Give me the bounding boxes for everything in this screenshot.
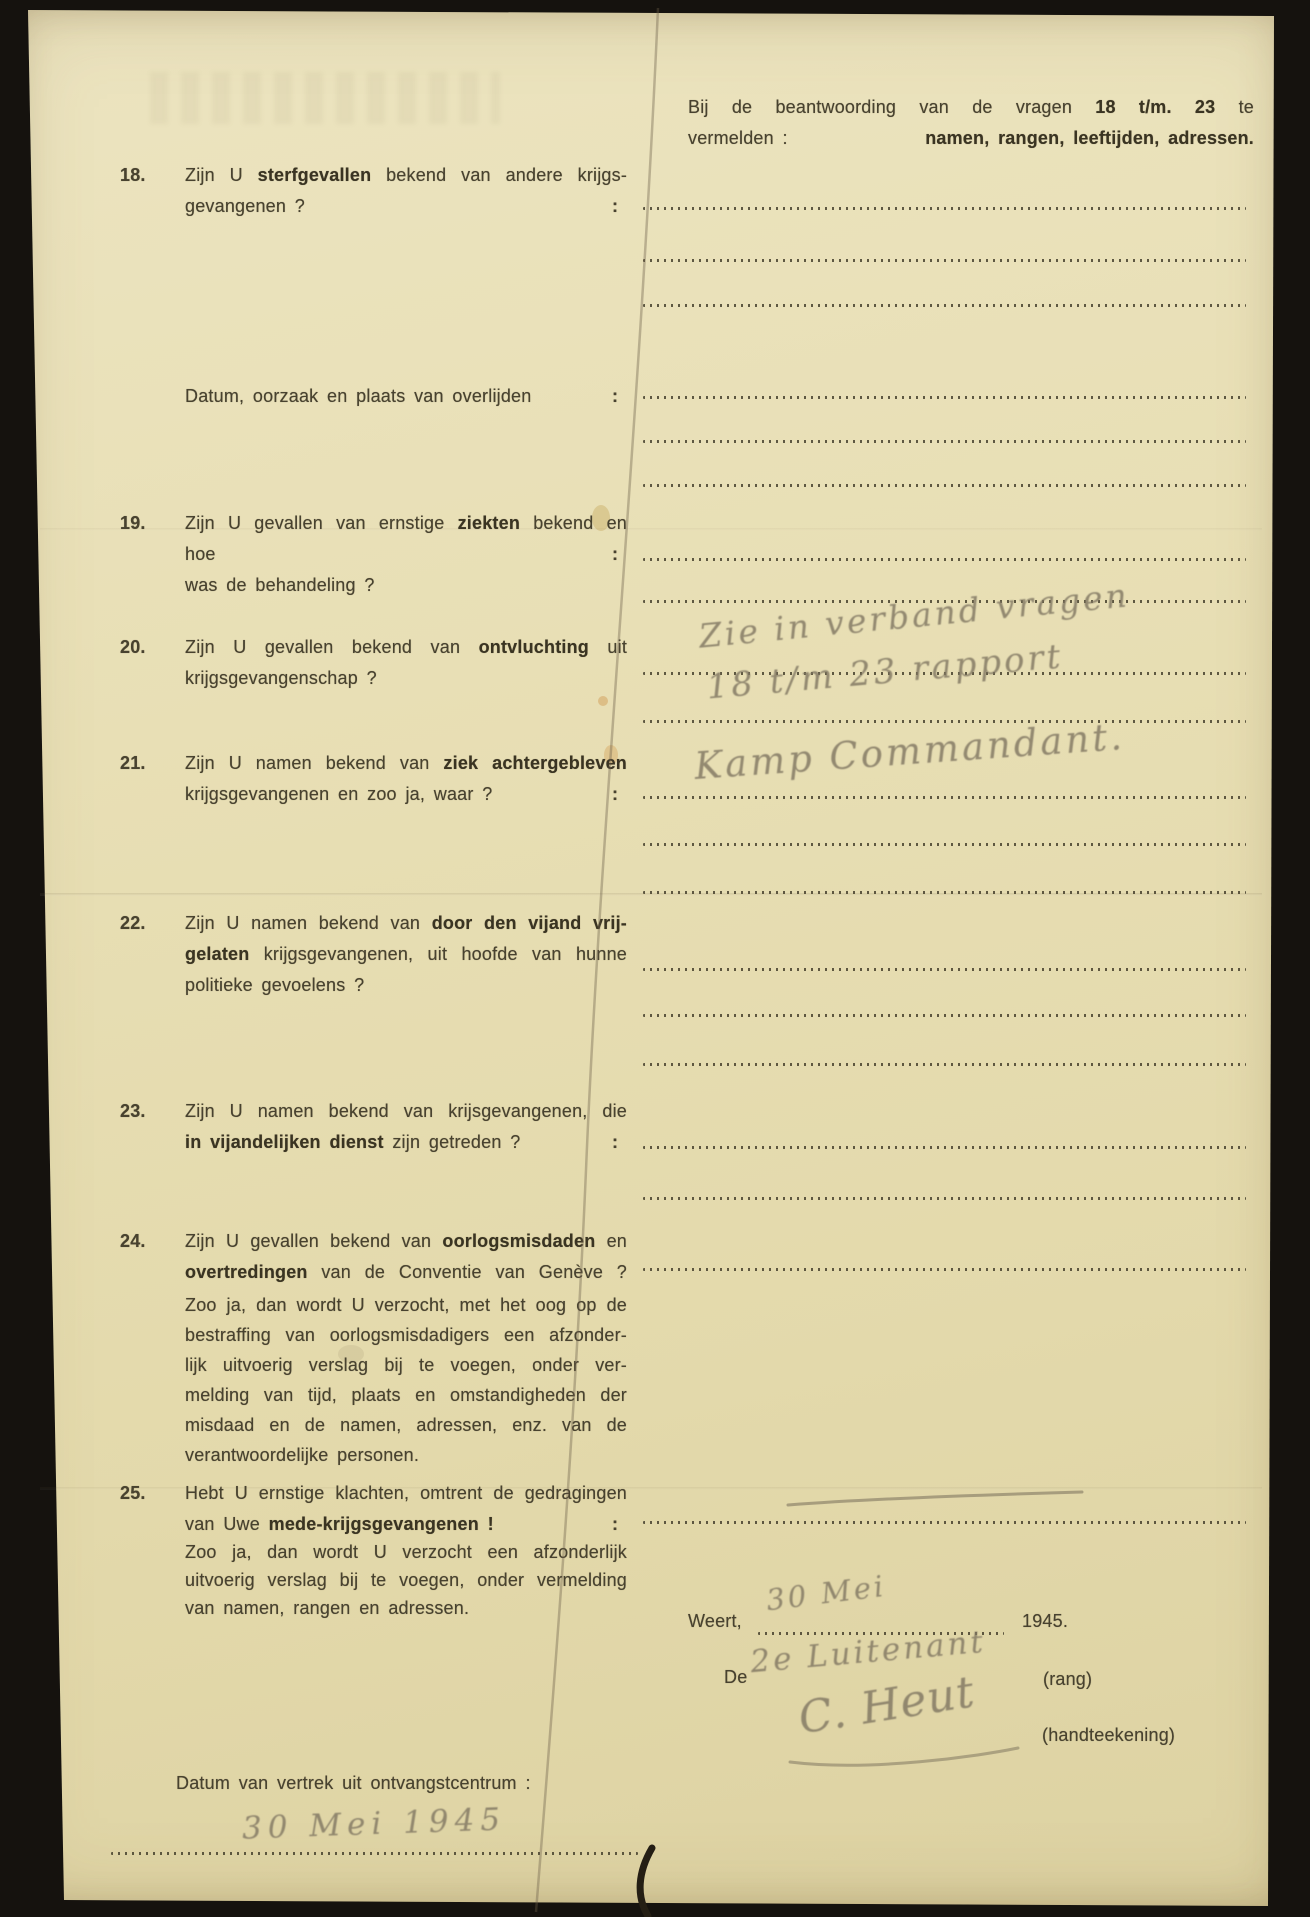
question-20-text: Zijn U gevallen bekend van ontvluchting … bbox=[185, 632, 627, 694]
question-line: overtredingen van de Conventie van Genèv… bbox=[185, 1257, 627, 1288]
question-21-text: Zijn U namen bekend van ziek achtergeble… bbox=[185, 748, 627, 810]
answer-line bbox=[643, 1146, 1246, 1149]
q-text: Zijn U namen bekend van bbox=[185, 753, 430, 773]
departure-dotted-line bbox=[111, 1852, 638, 1855]
answer-line bbox=[643, 1521, 1246, 1524]
q-bold: ziekten bbox=[458, 513, 520, 533]
question-line: Hebt U ernstige klachten, omtrent de ged… bbox=[185, 1478, 627, 1509]
q-text: Zijn U bbox=[185, 165, 243, 185]
question-22-text: Zijn U namen bekend van door den vijand … bbox=[185, 908, 627, 1001]
paragraph-line: van namen, rangen en adressen. bbox=[185, 1594, 627, 1622]
paragraph-line: lijk uitvoerig verslag bij te voegen, on… bbox=[185, 1350, 627, 1380]
question-line: politieke gevoelens ? bbox=[185, 970, 627, 1001]
paper-stain bbox=[598, 696, 608, 706]
answer-line bbox=[643, 1063, 1246, 1066]
question-line: Zijn U sterfgevallen bekend van andere k… bbox=[185, 160, 627, 191]
answer-line bbox=[643, 1197, 1246, 1200]
paragraph-line: misdaad en de namen, adressen, enz. van … bbox=[185, 1410, 627, 1440]
place-label: Weert, bbox=[688, 1606, 742, 1637]
scanned-document-page: Bij de beantwoording van de vragen 18 t/… bbox=[0, 0, 1310, 1917]
answer-line bbox=[643, 1268, 1246, 1271]
signature-label: (handteekening) bbox=[1042, 1720, 1175, 1751]
q-text: Zijn U gevallen van ernstige bbox=[185, 513, 444, 533]
q-bold: oorlogsmisdaden bbox=[442, 1231, 595, 1251]
answer-colon: : bbox=[612, 191, 618, 222]
q-text: zijn getreden ? bbox=[392, 1132, 520, 1152]
question-22-number: 22. bbox=[120, 908, 146, 939]
question-line: krijgsgevangenen en zoo ja, waar ? bbox=[185, 779, 627, 810]
q-text: van de Conventie van Genève ? bbox=[321, 1262, 627, 1282]
paragraph-line: uitvoerig verslag bij te voegen, onder v… bbox=[185, 1566, 627, 1594]
answer-line bbox=[643, 891, 1246, 894]
answer-line bbox=[643, 796, 1246, 799]
q-bold: mede-krijgsgevangenen ! bbox=[269, 1514, 494, 1534]
answer-line bbox=[643, 720, 1246, 723]
question-line: van Uwe mede-krijgsgevangenen ! bbox=[185, 1509, 627, 1540]
instruction-note: Bij de beantwoording van de vragen 18 t/… bbox=[688, 92, 1254, 154]
note-text: te bbox=[1239, 97, 1254, 117]
answer-line bbox=[643, 396, 1246, 399]
question-line: Zijn U namen bekend van door den vijand … bbox=[185, 908, 627, 939]
paragraph-line: Zoo ja, dan wordt U verzocht een afzonde… bbox=[185, 1538, 627, 1566]
question-line: gevangenen ? bbox=[185, 191, 627, 222]
q-text: Zijn U gevallen bekend van bbox=[185, 1231, 431, 1251]
answer-line bbox=[643, 259, 1246, 262]
question-line: was de behandeling ? bbox=[185, 570, 627, 601]
q-text: bekend van andere krijgs- bbox=[386, 165, 627, 185]
q-text: en bbox=[607, 1231, 627, 1251]
q-bold: ziek achtergebleven bbox=[443, 753, 627, 773]
question-21-number: 21. bbox=[120, 748, 146, 779]
question-23-text: Zijn U namen bekend van krijsgevangenen,… bbox=[185, 1096, 627, 1158]
ink-bleedthrough-smudge bbox=[150, 72, 500, 124]
paragraph-line: verantwoordelijke personen. bbox=[185, 1440, 627, 1470]
answer-line bbox=[643, 304, 1246, 307]
question-line: Zijn U gevallen van ernstige ziekten bek… bbox=[185, 508, 627, 570]
question-19-text: Zijn U gevallen van ernstige ziekten bek… bbox=[185, 508, 627, 601]
note-label: vermelden : bbox=[688, 123, 788, 154]
q-text: Hebt U ernstige klachten, omtrent de ged… bbox=[185, 1483, 627, 1503]
q-bold: door den vijand vrij- bbox=[432, 913, 627, 933]
q-bold: in vijandelijken dienst bbox=[185, 1132, 384, 1152]
q-text: Zijn U gevallen bekend van bbox=[185, 637, 460, 657]
question-18-text: Zijn U sterfgevallen bekend van andere k… bbox=[185, 160, 627, 222]
answer-colon: : bbox=[612, 381, 618, 412]
question-23-number: 23. bbox=[120, 1096, 146, 1127]
question-line: Zijn U namen bekend van ziek achtergeble… bbox=[185, 748, 627, 779]
question-line: gelaten krijgsgevangenen, uit hoofde van… bbox=[185, 939, 627, 970]
q-text: uit bbox=[607, 637, 627, 657]
answer-colon: : bbox=[612, 1127, 618, 1158]
paragraph-line: bestraffing van oorlogsmisdadigers een a… bbox=[185, 1320, 627, 1350]
q-bold: ontvluchting bbox=[479, 637, 589, 657]
answer-colon: : bbox=[612, 779, 618, 810]
question-20-number: 20. bbox=[120, 632, 146, 663]
de-label: De bbox=[724, 1662, 747, 1693]
death-details-label: Datum, oorzaak en plaats van overlijden bbox=[185, 381, 531, 412]
question-25-instructions: Zoo ja, dan wordt U verzocht een afzonde… bbox=[185, 1538, 627, 1622]
question-25-text: Hebt U ernstige klachten, omtrent de ged… bbox=[185, 1478, 627, 1540]
q-bold: gelaten bbox=[185, 944, 249, 964]
question-line: Zijn U gevallen bekend van oorlogsmisdad… bbox=[185, 1226, 627, 1257]
question-line: krijgsgevangenschap ? bbox=[185, 663, 627, 694]
departure-date-label: Datum van vertrek uit ontvangstcentrum : bbox=[176, 1768, 531, 1799]
q-text: Zijn U namen bekend van bbox=[185, 913, 420, 933]
question-line: Zijn U namen bekend van krijsgevangenen,… bbox=[185, 1096, 627, 1127]
answer-line bbox=[643, 968, 1246, 971]
answer-line bbox=[643, 843, 1246, 846]
question-line: in vijandelijken dienst zijn getreden ? bbox=[185, 1127, 627, 1158]
paragraph-line: melding van tijd, plaats en omstandighed… bbox=[185, 1380, 627, 1410]
answer-colon: : bbox=[612, 539, 618, 570]
question-19-number: 19. bbox=[120, 508, 146, 539]
instruction-note-line1: Bij de beantwoording van de vragen 18 t/… bbox=[688, 92, 1254, 123]
q-text: Zijn U namen bekend van krijsgevangenen,… bbox=[185, 1101, 627, 1121]
question-24-text: Zijn U gevallen bekend van oorlogsmisdad… bbox=[185, 1226, 627, 1288]
answer-line bbox=[643, 558, 1246, 561]
q-bold: sterfgevallen bbox=[258, 165, 372, 185]
question-24-instructions: Zoo ja, dan wordt U verzocht, met het oo… bbox=[185, 1290, 627, 1470]
q-text: krijgsgevangenen, uit hoofde van hunne bbox=[264, 944, 627, 964]
note-bold-fields: namen, rangen, leeftijden, adressen. bbox=[925, 123, 1254, 154]
q-text: van Uwe bbox=[185, 1514, 260, 1534]
question-18-number: 18. bbox=[120, 160, 146, 191]
year-label: 1945. bbox=[1022, 1606, 1068, 1637]
answer-line bbox=[643, 1014, 1246, 1017]
answer-line bbox=[643, 484, 1246, 487]
question-25-number: 25. bbox=[120, 1478, 146, 1509]
answer-colon: : bbox=[612, 1509, 618, 1540]
answer-line bbox=[643, 207, 1246, 210]
note-bold-range: 18 t/m. 23 bbox=[1095, 97, 1215, 117]
instruction-note-line2: vermelden :namen, rangen, leeftijden, ad… bbox=[688, 123, 1254, 154]
note-text: Bij de beantwoording van de vragen bbox=[688, 97, 1072, 117]
question-line: Zijn U gevallen bekend van ontvluchting … bbox=[185, 632, 627, 663]
answer-line bbox=[643, 440, 1246, 443]
rank-label: (rang) bbox=[1043, 1664, 1092, 1695]
q-bold: overtredingen bbox=[185, 1262, 308, 1282]
question-24-number: 24. bbox=[120, 1226, 146, 1257]
paragraph-line: Zoo ja, dan wordt U verzocht, met het oo… bbox=[185, 1290, 627, 1320]
